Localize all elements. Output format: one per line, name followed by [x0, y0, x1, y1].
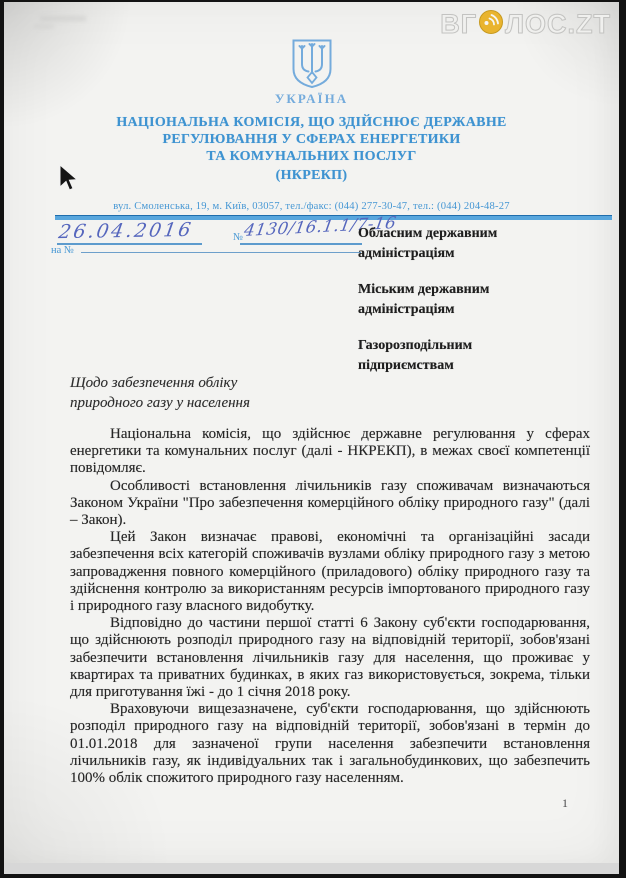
recipient-gas-distribution-companies: Газорозподільним підприємствам — [358, 336, 548, 375]
org-abbreviation: (НКРЕКП) — [4, 167, 619, 184]
page-number: 1 — [562, 796, 568, 811]
watermark-text-suffix: ЛОС.ZT — [505, 9, 611, 40]
watermark-text-prefix: ВГ — [440, 9, 477, 40]
date-underline — [57, 243, 202, 245]
recipients-block: Обласним державним адміністраціям Міськи… — [358, 224, 548, 392]
letter-body: Національна комісія, що здійснює державн… — [70, 426, 590, 787]
reply-to-number-label: на № — [51, 245, 74, 256]
body-paragraph: Цей Закон визначає правові, економічні т… — [70, 529, 590, 615]
body-paragraph: Відповідно до частини першої статті 6 За… — [70, 615, 590, 701]
org-line-3: ТА КОМУНАЛЬНИХ ПОСЛУГ — [4, 148, 619, 165]
scanned-document-page: ВГ ЛОС.ZT — [0, 0, 626, 878]
number-underline — [240, 243, 362, 245]
recipient-oblast-administrations: Обласним державним адміністраціям — [358, 224, 548, 263]
body-paragraph: Особливості встановлення лічильників газ… — [70, 478, 590, 530]
recipient-city-administrations: Міським державним адміністраціям — [358, 280, 548, 319]
letter-subject: Щодо забезпечення обліку природного газу… — [70, 373, 310, 413]
number-label: № — [233, 232, 243, 243]
handwritten-date: 26.04.2016 — [57, 219, 195, 243]
ukraine-trident-emblem — [289, 39, 335, 94]
country-label: УКРАЇНА — [4, 91, 619, 107]
body-paragraph: Національна комісія, що здійснює державн… — [70, 426, 590, 478]
org-line-1: НАЦІОНАЛЬНА КОМІСІЯ, ЩО ЗДІЙСНЮЄ ДЕРЖАВН… — [4, 114, 619, 131]
org-address-line: вул. Смоленська, 19, м. Київ, 03057, тел… — [4, 201, 619, 212]
org-line-2: РЕГУЛЮВАННЯ У СФЕРАХ ЕНЕРГЕТИКИ — [4, 131, 619, 148]
document-paper: ВГ ЛОС.ZT — [4, 2, 619, 863]
reply-number-line — [81, 252, 361, 253]
scan-artifact — [34, 14, 112, 30]
body-paragraph: Враховуючи вищезазначене, суб'єкти госпо… — [70, 701, 590, 787]
watermark-vgolos-zt: ВГ ЛОС.ZT — [440, 7, 611, 42]
organization-name: НАЦІОНАЛЬНА КОМІСІЯ, ЩО ЗДІЙСНЮЄ ДЕРЖАВН… — [4, 114, 619, 184]
sound-wave-icon — [478, 7, 504, 42]
scan-bottom-edge — [4, 863, 619, 874]
